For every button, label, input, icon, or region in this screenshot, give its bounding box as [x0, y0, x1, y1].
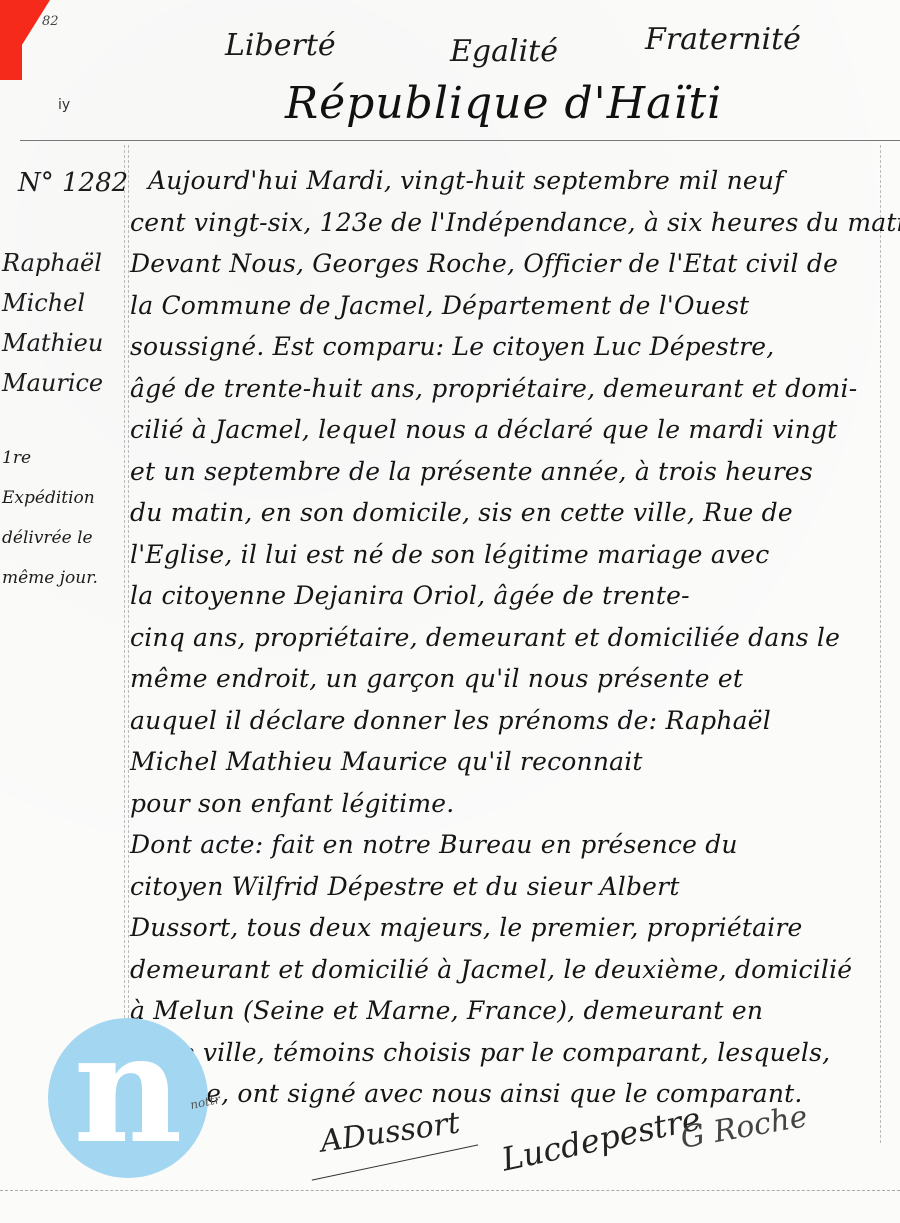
- body-line: Devant Nous, Georges Roche, Officier de …: [130, 243, 885, 285]
- motto-liberte: Liberté: [225, 28, 336, 63]
- margin-name: Raphaël: [2, 243, 126, 283]
- margin-note-line: 1re Expédition: [2, 438, 122, 518]
- heading-rule: [20, 140, 900, 141]
- margin-child-names: Raphaël Michel Mathieu Maurice: [2, 243, 126, 403]
- body-line: auquel il déclare donner les prénoms de:…: [130, 700, 885, 742]
- red-corner-tab-edge: [0, 0, 50, 80]
- body-line: à Melun (Seine et Marne, France), demeur…: [130, 990, 885, 1032]
- bottom-rule: [0, 1190, 900, 1191]
- body-line: la citoyenne Dejanira Oriol, âgée de tre…: [130, 575, 885, 617]
- entry-number: N° 1282: [18, 168, 128, 198]
- body-line: cilié à Jacmel, lequel nous a déclaré qu…: [130, 409, 885, 451]
- margin-mark: iy: [58, 97, 70, 113]
- margin-note-line: même jour.: [2, 558, 122, 598]
- margin-name: Mathieu: [2, 323, 126, 363]
- motto-egalite: Egalité: [450, 34, 558, 69]
- body-line: Dont acte: fait en notre Bureau en prése…: [130, 824, 885, 866]
- motto-fraternite: Fraternité: [645, 22, 801, 57]
- margin-name: Maurice: [2, 363, 126, 403]
- watermark-logo: n: [48, 1018, 208, 1178]
- document-page: 82 iy Liberté Egalité Fraternité Républi…: [0, 0, 900, 1223]
- body-line: Aujourd'hui Mardi, vingt-huit septembre …: [130, 160, 885, 202]
- body-line: cette ville, témoins choisis par le comp…: [130, 1032, 885, 1074]
- folio-number: 82: [42, 14, 59, 29]
- body-line: la Commune de Jacmel, Département de l'O…: [130, 285, 885, 327]
- body-line: l'Eglise, il lui est né de son légitime …: [130, 534, 885, 576]
- body-line: et un septembre de la présente année, à …: [130, 451, 885, 493]
- margin-expedition-note: 1re Expédition délivrée le même jour.: [2, 438, 122, 598]
- logo-glyph: n: [73, 1014, 182, 1164]
- body-line: du matin, en son domicile, sis en cette …: [130, 492, 885, 534]
- margin-rule: [128, 145, 129, 1143]
- body-line: même endroit, un garçon qu'il nous prése…: [130, 658, 885, 700]
- body-line: demeurant et domicilié à Jacmel, le deux…: [130, 949, 885, 991]
- body-line: cinq ans, propriétaire, demeurant et dom…: [130, 617, 885, 659]
- margin-name: Michel: [2, 283, 126, 323]
- act-body: Aujourd'hui Mardi, vingt-huit septembre …: [130, 160, 885, 1115]
- body-line: pour son enfant légitime.: [130, 783, 885, 825]
- body-line: cent vingt-six, 123e de l'Indépendance, …: [130, 202, 885, 244]
- body-line: Dussort, tous deux majeurs, le premier, …: [130, 907, 885, 949]
- body-line: soussigné. Est comparu: Le citoyen Luc D…: [130, 326, 885, 368]
- margin-note-line: délivrée le: [2, 518, 122, 558]
- body-line: âgé de trente-huit ans, propriétaire, de…: [130, 368, 885, 410]
- body-line: citoyen Wilfrid Dépestre et du sieur Alb…: [130, 866, 885, 908]
- body-line: Michel Mathieu Maurice qu'il reconnait: [130, 741, 885, 783]
- document-heading: République d'Haïti: [285, 78, 722, 129]
